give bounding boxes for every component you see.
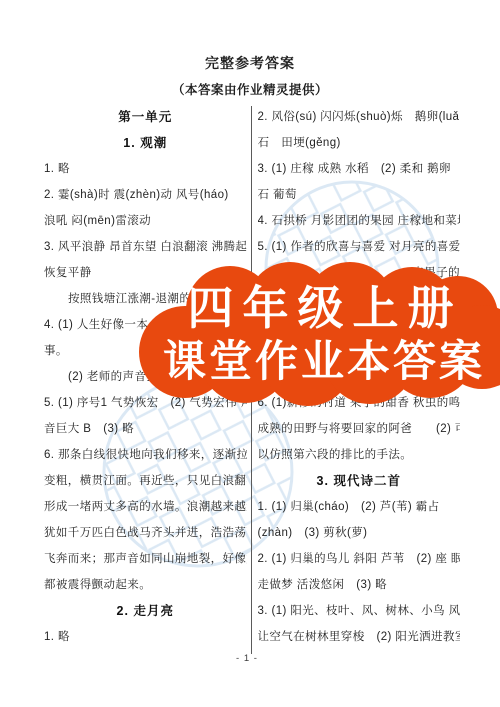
answer-line: 让空气在树林里穿梭 (2) 阳光洒进教室 课 [258, 624, 461, 650]
answer-line: 4. 石拱桥 月影团团的果园 庄稼地和菜地 [258, 208, 461, 234]
answer-line: 形成一堵两丈多高的水墙。浪潮越来越近， [44, 494, 247, 520]
answer-line: 犹如千万匹白色战马齐头并进，浩浩荡荡地 [44, 520, 247, 546]
answer-line: 5. (1) 序号1 气势恢宏 (2) 气势宏伟 声 [44, 390, 247, 416]
answer-line: 石 田埂(gěng) [258, 130, 461, 156]
answer-line: 1. (1) 归巢(cháo) (2) 芦(苇) 霸占 [258, 494, 461, 520]
section-heading: 第一单元 [44, 104, 247, 130]
answer-line: 成熟的田野与将要回家的阿爸 (2) 可 [258, 416, 461, 442]
answer-line: 浪吼 闷(mēn)雷滚动 [44, 208, 247, 234]
section-heading: 1. 观潮 [44, 130, 247, 156]
answer-line: 2. (1) 归巢的鸟儿 斜阳 芦苇 (2) 座 眠 [258, 546, 461, 572]
answer-line: 音巨大 B (3) 略 [44, 416, 247, 442]
answer-line: 5. (1) 作者的欣喜与喜爱 对月亮的喜爱与 [258, 234, 461, 260]
column-divider [251, 106, 252, 654]
answer-line: 3. (1) 庄稼 成熟 水稻 (2) 柔和 鹅卵 [258, 156, 461, 182]
answer-line: 6. 那条白线很快地向我们移来，逐渐拉长， [44, 442, 247, 468]
page-title: 完整参考答案 [0, 53, 500, 73]
answer-line: 恢复平静 [44, 260, 247, 286]
answer-line: 3. (1) 阳光、枝叶、风、树林、小鸟 风 它 [258, 598, 461, 624]
answer-line [258, 364, 461, 390]
answer-line: 按照钱塘江涨潮-退潮的顺 [44, 286, 247, 312]
right-column: 2. 风俗(sú) 闪闪烁(shuò)烁 鹅卵(luǎn)石 田埂(gěng)3… [258, 104, 461, 650]
answer-line: 都被震得颤动起来。 [44, 572, 247, 598]
answer-line: 3. 风平浪静 昂首东望 白浪翻滚 沸腾起来 [44, 234, 247, 260]
answer-line: 来果子的 [258, 260, 461, 286]
section-heading: 3. 现代诗二首 [258, 468, 461, 494]
left-column: 第一单元1. 观潮1. 略2. 霎(shà)时 震(zhèn)动 风号(háo)… [44, 104, 247, 650]
answer-line: (zhàn) (3) 剪秋(萝) [258, 520, 461, 546]
page-subtitle: （本答案由作业精灵提供） [0, 80, 500, 98]
answer-line: 4. (1) 人生好像一本 [44, 312, 247, 338]
answer-line: 变粗，横贯江面。再近些，只见白浪翻滚， [44, 468, 247, 494]
answer-line: 2. 霎(shà)时 震(zhèn)动 风号(háo) [44, 182, 247, 208]
answer-line: 筒? [258, 286, 461, 312]
answer-line [258, 338, 461, 364]
answer-line: (2) 老师的声音犹如 [44, 364, 247, 390]
answer-line: 2. 风俗(sú) 闪闪烁(shuò)烁 鹅卵(luǎn) [258, 104, 461, 130]
answer-line: 6. (1)新修的村道 果子的甜香 秋虫的鸣唱 [258, 390, 461, 416]
answer-line: 以仿照第六段的排比的手法。 [258, 442, 461, 468]
section-heading: 2. 走月亮 [44, 598, 247, 624]
page-number: - 1 - [0, 653, 494, 664]
answer-line: 走做梦 活泼悠闲 (3) 略 [258, 572, 461, 598]
answer-sheet-page: 完整参考答案 （本答案由作业精灵提供） 第一单元1. 观潮1. 略2. 霎(sh… [0, 0, 500, 707]
answer-line: 1. 略 [44, 156, 247, 182]
answer-line: 石 葡萄 [258, 182, 461, 208]
answer-columns: 第一单元1. 观潮1. 略2. 霎(shà)时 震(zhèn)动 风号(háo)… [44, 104, 460, 650]
answer-line: 飞奔而来；那声音如同山崩地裂，好像大地 [44, 546, 247, 572]
answer-line: 事。 [44, 338, 247, 364]
answer-line: 1. 略 [44, 624, 247, 650]
answer-line [258, 312, 461, 338]
